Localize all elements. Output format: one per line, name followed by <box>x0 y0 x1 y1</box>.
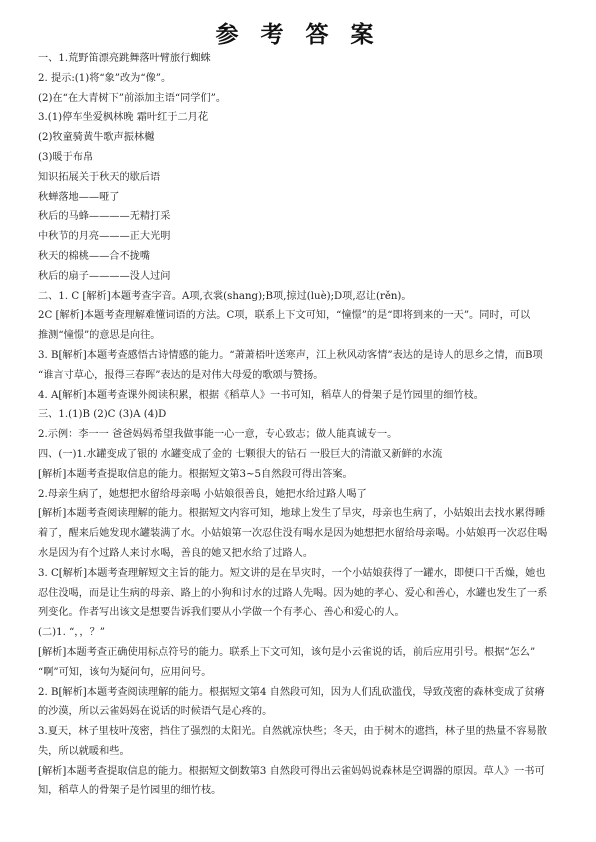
text-line: [解析]本题考查正确使用标点符号的能力。联系上下文可知，该句是小云雀说的话，前后… <box>38 643 566 663</box>
text-line: 秋后的扇子————没人过问 <box>38 267 566 287</box>
text-line: 二、1. C [解析]本题考查字音。A项,衣裳(shang);B项,掠过(luè… <box>38 287 566 307</box>
text-line: 3. C[解析]本题考查理解短文主旨的能力。短文讲的是在旱灾时，一个小姑娘获得了… <box>38 564 566 584</box>
text-line: [解析]本题考查提取信息的能力。根据短文倒数第3 自然段可得出云雀妈妈说森林是空… <box>38 762 566 782</box>
text-line: 中秋节的月亮———正大光明 <box>38 227 566 247</box>
text-line: (3)暖于布帛 <box>38 148 566 168</box>
text-line: 知，稻草人的骨架子是竹园里的细竹枝。 <box>38 781 566 801</box>
text-line: 2.示例：李一一 爸爸妈妈希望我做事能一心一意，专心致志；做人能真诚专一。 <box>38 425 566 445</box>
text-line: 2C [解析]本题考查理解难懂词语的方法。C项，联系上下文可知，“憧憬”的是“即… <box>38 306 566 326</box>
text-line: 一、1.荒野笛漂亮跳舞落叶臂旅行蜘蛛 <box>38 49 566 69</box>
text-line: 忍住没喝，而是让生病的母亲、路上的小狗和讨水的过路人先喝。因为她的孝心、爱心和善… <box>38 584 566 604</box>
text-line: 推测“憧憬”的意思是向往。 <box>38 326 566 346</box>
text-line: 2. B[解析]本题考查阅读理解的能力。根据短文第4 自然段可知，因为人们乱砍滥… <box>38 683 566 703</box>
text-line: “啊”可知，该句为疑问句，应用问号。 <box>38 663 566 683</box>
text-line: 列变化。作者写出该文是想要告诉我们要从小学做一个有孝心、善心和爱心的人。 <box>38 603 566 623</box>
text-line: 失，所以就暖和些。 <box>38 742 566 762</box>
text-line: 知识拓展关于秋天的歇后语 <box>38 168 566 188</box>
text-line: (2)在“在大青树下”前添加主语“同学们”。 <box>38 89 566 109</box>
text-line: 秋后的马蜂————无精打采 <box>38 207 566 227</box>
text-line: “谁言寸草心，报得三春晖”表达的是对伟大母爱的歌颂与赞扬。 <box>38 366 566 386</box>
text-line: 着了，醒来后她发现水罐装满了水。小姑娘第一次忍住没有喝水是因为她想把水留给母亲喝… <box>38 524 566 544</box>
text-line: 四、(一)1.水罐变成了银的 水罐变成了金的 七颗很大的钻石 一股巨大的清澈又新… <box>38 445 566 465</box>
text-line: 秋蝉落地——哑了 <box>38 188 566 208</box>
text-line: [解析]本题考查阅读理解的能力。根据短文内容可知，地球上发生了旱灾，母亲也生病了… <box>38 504 566 524</box>
text-line: 4. A[解析]本题考查课外阅读积累，根据《稻草人》一书可知，稻草人的骨架子是竹… <box>38 386 566 406</box>
text-line: 3.(1)停车坐爱枫林晚 霜叶红于二月花 <box>38 108 566 128</box>
page-title: 参 考 答 案 <box>0 16 596 49</box>
text-line: 3.夏天，林子里枝叶茂密，挡住了强烈的太阳光。自然就凉快些；冬天，由于树木的遮挡… <box>38 722 566 742</box>
text-line: 2.母亲生病了，她想把水留给母亲喝 小姑娘很善良，她把水给过路人喝了 <box>38 485 566 505</box>
text-line: 秋天的棉桃——合不拢嘴 <box>38 247 566 267</box>
answer-body: 一、1.荒野笛漂亮跳舞落叶臂旅行蜘蛛 2. 提示:(1)将“象”改为“像”。 (… <box>38 49 566 801</box>
text-line: 三、1.(1)B (2)C (3)A (4)D <box>38 405 566 425</box>
text-line: (二)1. “，，？” <box>38 623 566 643</box>
text-line: 水是因为有个过路人来讨水喝，善良的她又把水给了过路人。 <box>38 544 566 564</box>
text-line: [解析]本题考查提取信息的能力。根据短文第3~5自然段可得出答案。 <box>38 465 566 485</box>
text-line: 3. B[解析]本题考查感悟古诗情感的能力。“萧萧梧叶送寒声，江上秋风动客情”表… <box>38 346 566 366</box>
text-line: 2. 提示:(1)将“象”改为“像”。 <box>38 69 566 89</box>
text-line: 的沙漠，所以云雀妈妈在说话的时候语气是心疼的。 <box>38 702 566 722</box>
text-line: (2)牧童骑黄牛歌声振林樾 <box>38 128 566 148</box>
